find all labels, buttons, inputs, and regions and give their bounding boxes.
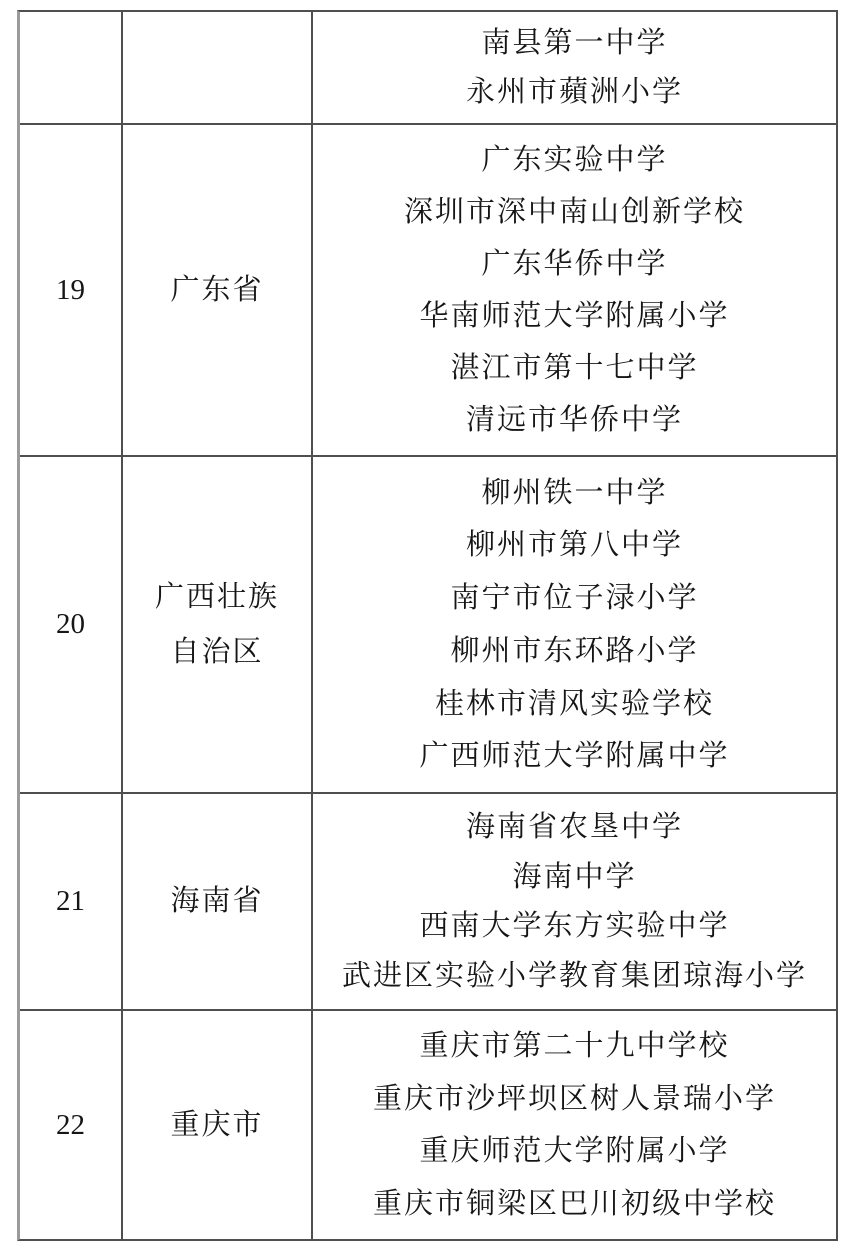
school-name: 永州市蘋洲小学 [466, 75, 683, 109]
row-number: 20 [56, 608, 85, 641]
province-name: 海南省 [170, 874, 263, 929]
school-name: 武进区实验小学教育集团琼海小学 [342, 959, 807, 993]
province-name: 广东省 [170, 263, 263, 318]
province-name-line: 广西壮族 [155, 570, 279, 625]
row-number-cell: 20 [20, 457, 121, 792]
province-school-table: 南县第一中学 永州市蘋洲小学 19 广东省 广东实验中学 深圳市深中南山创新学校… [17, 10, 838, 1241]
schools-cell: 重庆市第二十九中学校 重庆市沙坪坝区树人景瑞小学 重庆师范大学附属小学 重庆市铜… [311, 1011, 836, 1239]
school-name: 桂林市清风实验学校 [435, 687, 714, 721]
school-name: 华南师范大学附属小学 [419, 299, 729, 333]
school-name: 广东实验中学 [481, 143, 667, 177]
row-number-cell: 21 [20, 794, 121, 1009]
schools-cell: 广东实验中学 深圳市深中南山创新学校 广东华侨中学 华南师范大学附属小学 湛江市… [311, 125, 836, 455]
province-name-line: 自治区 [170, 625, 263, 680]
school-name: 西南大学东方实验中学 [419, 909, 729, 943]
row-number: 21 [56, 885, 85, 918]
province-cell: 重庆市 [121, 1011, 311, 1239]
row-number-cell: 22 [20, 1011, 121, 1239]
school-name: 南宁市位子渌小学 [450, 581, 698, 615]
schools-cell: 南县第一中学 永州市蘋洲小学 [311, 12, 836, 123]
row-number: 22 [56, 1109, 85, 1142]
school-name: 重庆市铜梁区巴川初级中学校 [373, 1187, 776, 1221]
table-row-22: 22 重庆市 重庆市第二十九中学校 重庆市沙坪坝区树人景瑞小学 重庆师范大学附属… [20, 1009, 836, 1239]
school-name: 柳州市东环路小学 [450, 634, 698, 668]
school-name: 柳州铁一中学 [481, 476, 667, 510]
school-name: 柳州市第八中学 [466, 528, 683, 562]
school-name: 清远市华侨中学 [466, 403, 683, 437]
school-name: 广东华侨中学 [481, 247, 667, 281]
table-row-continuation: 南县第一中学 永州市蘋洲小学 [20, 12, 836, 123]
school-name: 湛江市第十七中学 [450, 351, 698, 385]
school-name: 深圳市深中南山创新学校 [404, 195, 745, 229]
school-name: 南县第一中学 [481, 26, 667, 60]
province-cell: 广东省 [121, 125, 311, 455]
table-row-21: 21 海南省 海南省农垦中学 海南中学 西南大学东方实验中学 武进区实验小学教育… [20, 792, 836, 1009]
province-name: 重庆市 [170, 1098, 263, 1153]
row-number-cell: 19 [20, 125, 121, 455]
school-name: 重庆师范大学附属小学 [419, 1134, 729, 1168]
table-row-19: 19 广东省 广东实验中学 深圳市深中南山创新学校 广东华侨中学 华南师范大学附… [20, 123, 836, 455]
school-name: 广西师范大学附属中学 [419, 739, 729, 773]
province-cell: 海南省 [121, 794, 311, 1009]
schools-cell: 海南省农垦中学 海南中学 西南大学东方实验中学 武进区实验小学教育集团琼海小学 [311, 794, 836, 1009]
province-cell: 广西壮族 自治区 [121, 457, 311, 792]
row-number-cell [20, 12, 121, 123]
school-name: 重庆市第二十九中学校 [419, 1029, 729, 1063]
row-number: 19 [56, 274, 85, 307]
school-name: 海南省农垦中学 [466, 810, 683, 844]
table-row-20: 20 广西壮族 自治区 柳州铁一中学 柳州市第八中学 南宁市位子渌小学 柳州市东… [20, 455, 836, 792]
schools-cell: 柳州铁一中学 柳州市第八中学 南宁市位子渌小学 柳州市东环路小学 桂林市清风实验… [311, 457, 836, 792]
school-name: 海南中学 [512, 860, 636, 894]
school-name: 重庆市沙坪坝区树人景瑞小学 [373, 1082, 776, 1116]
province-cell [121, 12, 311, 123]
